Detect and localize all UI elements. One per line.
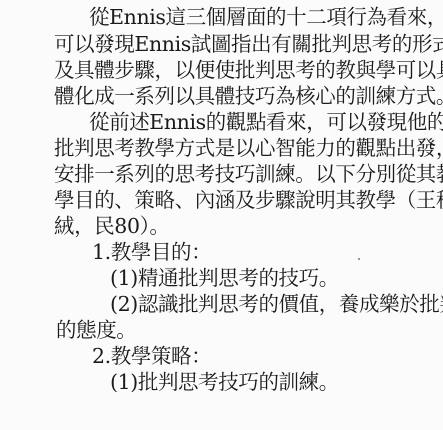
paragraph-2-line-4: 學目的、策略、內涵及步驟說明其教學（王秋: [54, 188, 443, 212]
section-2-heading: 2.教學策略：: [92, 344, 211, 368]
scan-speck: [358, 258, 360, 260]
paragraph-1-line-2: 可以發現Ennis試圖指出有關批判思考的形式: [54, 32, 443, 56]
paragraph-2-line-1: 從前述Ennis的觀點看來，可以發現他的: [89, 110, 443, 134]
section-2-item-1: (1)批判思考技巧的訓練。: [110, 370, 339, 394]
paragraph-1-line-1: 從Ennis這三個層面的十二項行為看來，: [89, 5, 443, 29]
section-1-item-2-line-2: 的態度。: [56, 318, 136, 342]
paragraph-1-line-4: 體化成一系列以具體技巧為核心的訓練方式。: [54, 84, 443, 108]
paragraph-2-line-5: 絨，民80）。: [54, 214, 170, 238]
paragraph-2-line-2: 批判思考教學方式是以心智能力的觀點出發，: [54, 136, 443, 160]
document-page: 從Ennis這三個層面的十二項行為看來， 可以發現Ennis試圖指出有關批判思考…: [0, 0, 443, 430]
section-1-heading: 1.教學目的：: [92, 240, 211, 264]
section-1-item-1: (1)精通批判思考的技巧。: [110, 266, 339, 290]
section-1-item-2-line-1: (2)認識批判思考的價值，養成樂於批判: [110, 292, 443, 316]
paragraph-1-line-3: 及具體步驟，以便使批判思考的教與學可以具: [54, 58, 443, 82]
paragraph-2-line-3: 安排一系列的思考技巧訓練。以下分別從其教: [54, 162, 443, 186]
